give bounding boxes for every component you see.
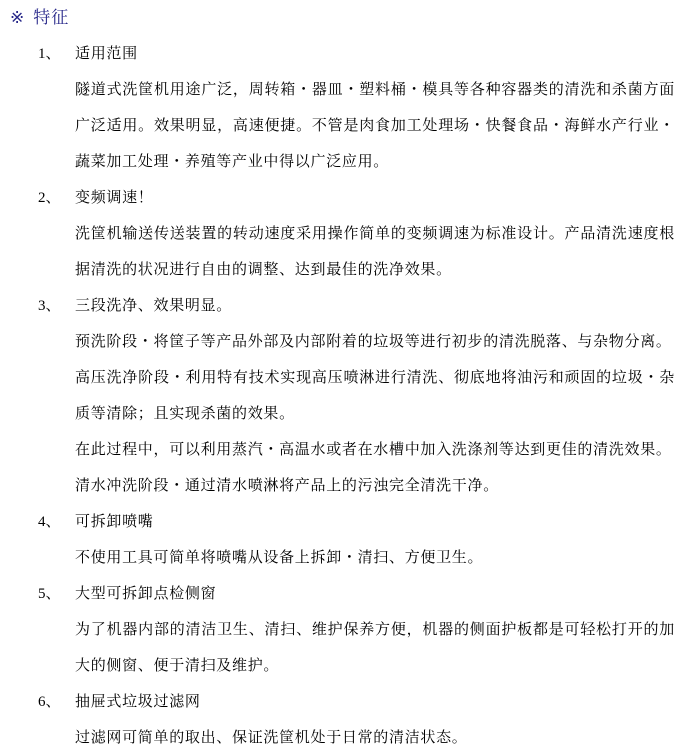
list-item-1: 1、 适用范围 隧道式洗筐机用途广泛，周转箱・器皿・塑料桶・模具等各种容器类的清… xyxy=(10,36,675,180)
item-heading: 变频调速！ xyxy=(75,180,675,216)
feature-list: 1、 适用范围 隧道式洗筐机用途广泛，周转箱・器皿・塑料桶・模具等各种容器类的清… xyxy=(10,36,675,753)
item-number: 1、 xyxy=(38,36,61,72)
title-marker-icon: ※ xyxy=(10,8,25,27)
list-item-4: 4、 可拆卸喷嘴 不使用工具可简单将喷嘴从设备上拆卸・清扫、方便卫生。 xyxy=(10,504,675,576)
item-number: 6、 xyxy=(38,684,61,720)
page-title: ※特征 xyxy=(10,0,675,36)
item-paragraph: 过滤网可简单的取出、保证洗筐机处于日常的清洁状态。 xyxy=(75,720,675,753)
item-paragraph: 为了机器内部的清洁卫生、清扫、维护保养方便，机器的侧面护板都是可轻松打开的加大的… xyxy=(75,612,675,684)
item-paragraph: 隧道式洗筐机用途广泛，周转箱・器皿・塑料桶・模具等各种容器类的清洗和杀菌方面广泛… xyxy=(75,72,675,180)
item-paragraph: 清水冲洗阶段・通过清水喷淋将产品上的污浊完全清洗干净。 xyxy=(75,468,675,504)
item-heading: 可拆卸喷嘴 xyxy=(75,504,675,540)
item-number: 2、 xyxy=(38,180,61,216)
list-item-5: 5、 大型可拆卸点检侧窗 为了机器内部的清洁卫生、清扫、维护保养方便，机器的侧面… xyxy=(10,576,675,684)
item-paragraph: 不使用工具可简单将喷嘴从设备上拆卸・清扫、方便卫生。 xyxy=(75,540,675,576)
item-heading: 大型可拆卸点检侧窗 xyxy=(75,576,675,612)
item-paragraph: 洗筐机输送传送装置的转动速度采用操作简单的变频调速为标准设计。产品清洗速度根据清… xyxy=(75,216,675,288)
list-item-6: 6、 抽屉式垃圾过滤网 过滤网可简单的取出、保证洗筐机处于日常的清洁状态。 xyxy=(10,684,675,753)
item-paragraph: 高压洗净阶段・利用特有技术实现高压喷淋进行清洗、彻底地将油污和顽固的垃圾・杂质等… xyxy=(75,360,675,432)
item-paragraph: 预洗阶段・将筐子等产品外部及内部附着的垃圾等进行初步的清洗脱落、与杂物分离。 xyxy=(75,324,675,360)
list-item-2: 2、 变频调速！ 洗筐机输送传送装置的转动速度采用操作简单的变频调速为标准设计。… xyxy=(10,180,675,288)
item-paragraph: 在此过程中，可以利用蒸汽・高温水或者在水槽中加入洗涤剂等达到更佳的清洗效果。 xyxy=(75,432,675,468)
item-number: 4、 xyxy=(38,504,61,540)
item-number: 3、 xyxy=(38,288,61,324)
item-heading: 适用范围 xyxy=(75,36,675,72)
item-heading: 三段洗净、效果明显。 xyxy=(75,288,675,324)
list-item-3: 3、 三段洗净、效果明显。 预洗阶段・将筐子等产品外部及内部附着的垃圾等进行初步… xyxy=(10,288,675,504)
item-number: 5、 xyxy=(38,576,61,612)
document-page: ※特征 1、 适用范围 隧道式洗筐机用途广泛，周转箱・器皿・塑料桶・模具等各种容… xyxy=(0,0,687,753)
title-text: 特征 xyxy=(33,8,69,27)
item-heading: 抽屉式垃圾过滤网 xyxy=(75,684,675,720)
